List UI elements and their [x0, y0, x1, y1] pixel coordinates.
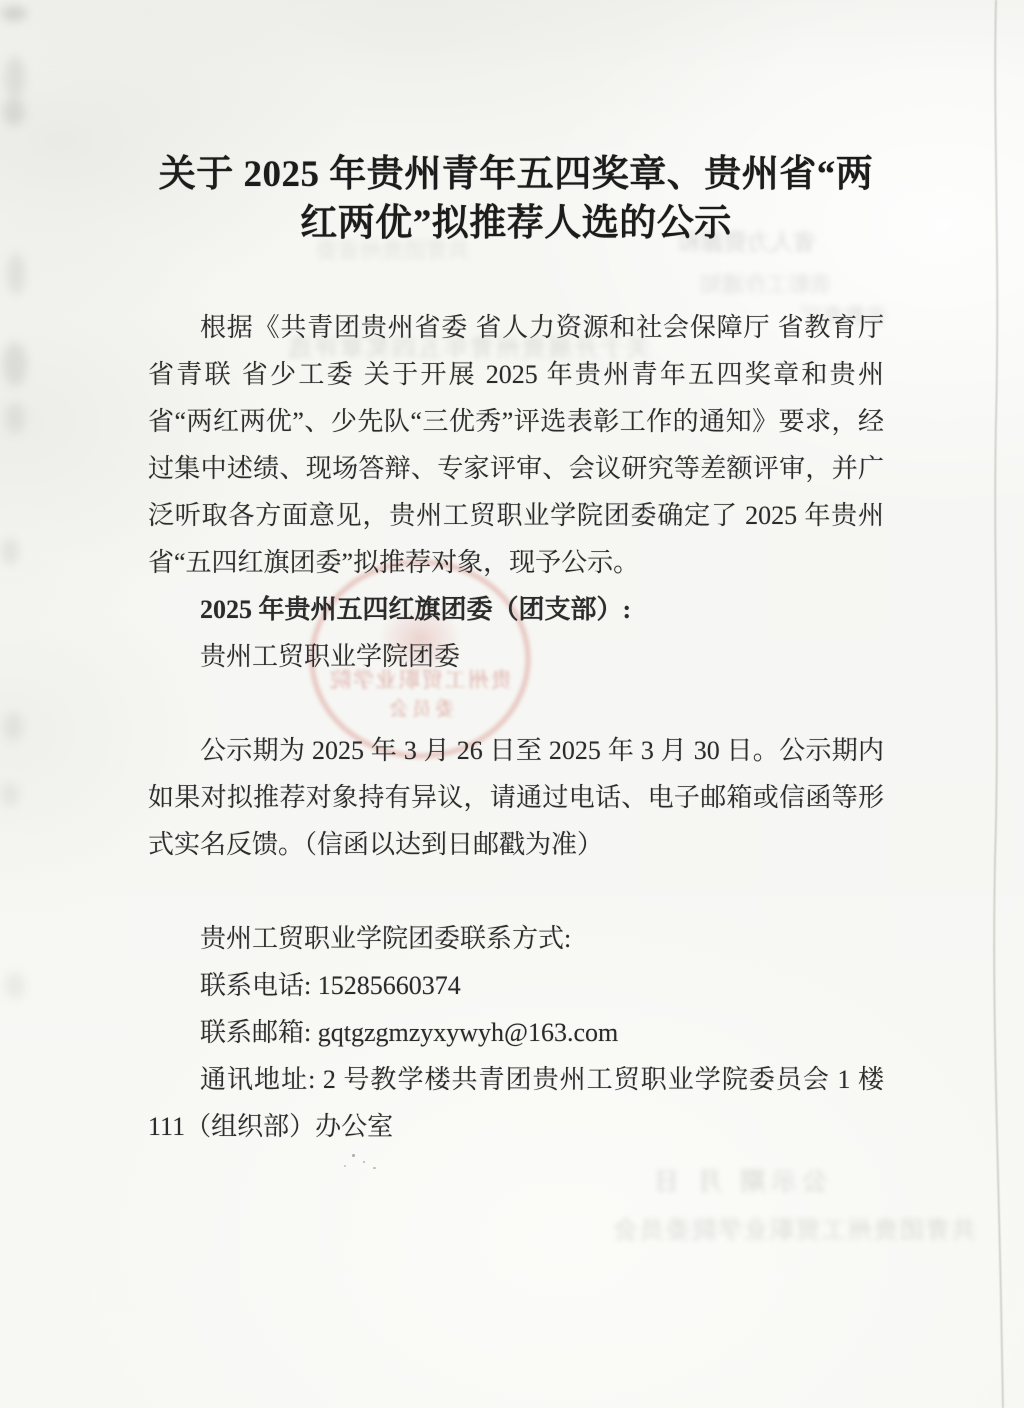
- nominee-name: 贵州工贸职业学院团委: [148, 633, 884, 680]
- scan-smudge: [3, 712, 23, 741]
- bleedthrough-text: 公示期 月 日: [648, 1162, 828, 1198]
- page-edge-line: [984, 0, 1024, 1408]
- list-heading: 2025 年贵州五四红旗团委（团支部）:: [148, 586, 884, 633]
- bleedthrough-text: 共青团贵州工贸职业学院委员会: [612, 1210, 976, 1245]
- scan-smudge: [5, 402, 25, 434]
- paragraph-intro: 根据《共青团贵州省委 省人力资源和社会保障厅 省教育厅 省青联 省少工委 关于开…: [148, 304, 884, 586]
- contact-address: 通讯地址: 2 号教学楼共青团贵州工贸职业学院委员会 1 楼 111（组织部）办…: [148, 1056, 884, 1150]
- scan-smudge: [3, 342, 27, 386]
- scan-smudge: [1, 782, 19, 807]
- scan-smudge: [3, 98, 25, 126]
- contact-email: 联系邮箱: gqtgzgmzyxywyh@163.com: [148, 1009, 884, 1056]
- scan-speckle: [352, 1154, 355, 1157]
- scan-speckle: [363, 1161, 365, 1163]
- contact-header: 贵州工贸职业学院团委联系方式:: [148, 915, 884, 962]
- document-content: 关于 2025 年贵州青年五四奖章、贵州省“两 红两优”拟推荐人选的公示 根据《…: [148, 150, 884, 1150]
- document-title: 关于 2025 年贵州青年五四奖章、贵州省“两 红两优”拟推荐人选的公示: [148, 150, 884, 248]
- scan-smudge: [5, 972, 25, 999]
- scan-smudge: [7, 253, 25, 295]
- scan-smudge: [1, 6, 27, 21]
- scan-smudge: [1, 538, 19, 565]
- title-line-1: 关于 2025 年贵州青年五四奖章、贵州省“两: [148, 150, 884, 199]
- contact-phone: 联系电话: 15285660374: [148, 962, 884, 1009]
- scan-smudge: [5, 56, 25, 98]
- scan-speckle: [373, 1167, 376, 1169]
- document-body: 根据《共青团贵州省委 省人力资源和社会保障厅 省教育厅 省青联 省少工委 关于开…: [148, 304, 884, 1150]
- paragraph-publicity-period: 公示期为 2025 年 3 月 26 日至 2025 年 3 月 30 日。公示…: [148, 727, 884, 868]
- scan-speckle: [344, 1165, 346, 1167]
- scanned-document-page: 省人力资源和 表彰工作通知 共青团贵州省委 关于开展贵州青年五四奖章评选 省教育…: [0, 0, 1024, 1408]
- title-line-2: 红两优”拟推荐人选的公示: [148, 199, 884, 248]
